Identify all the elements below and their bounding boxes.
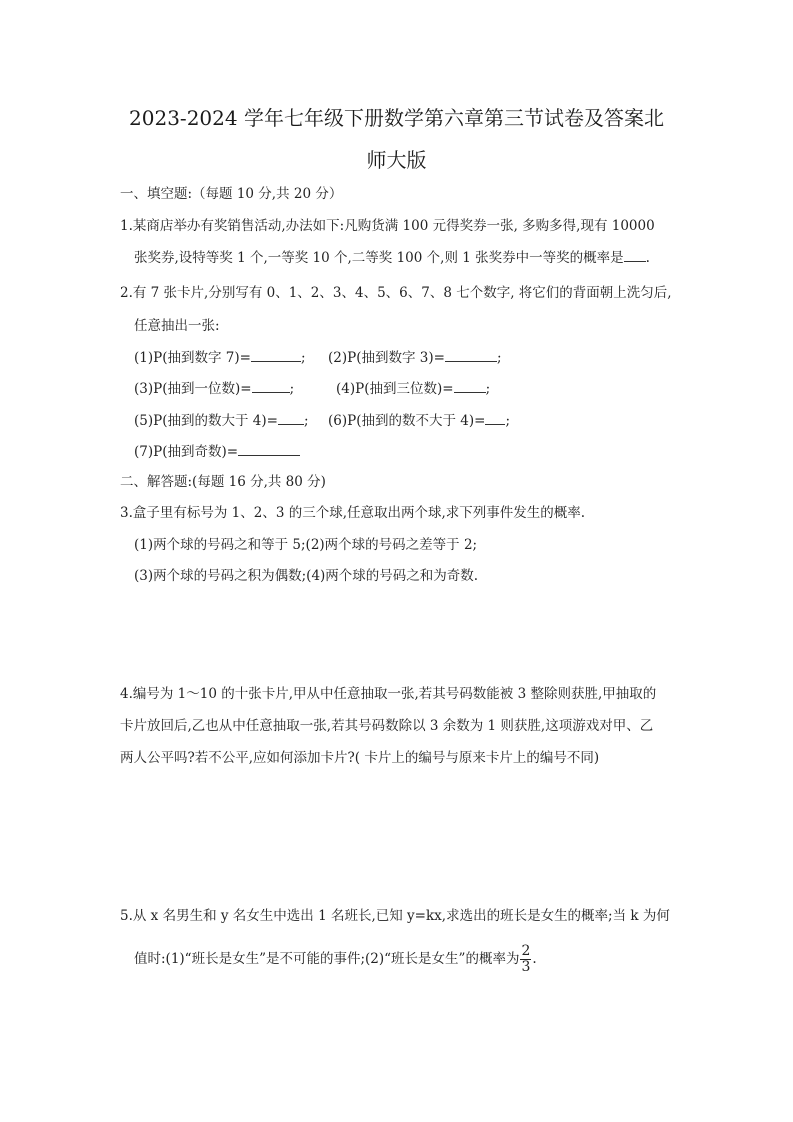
q2-item-6: (6)P(抽到的数不大于 4)=; (328, 410, 510, 431)
q4-line3: 两人公平吗?若不公平,应如何添加卡片?( 卡片上的编号与原来卡片上的编号不同) (120, 748, 599, 768)
q2-item-label: (7)P(抽到奇数)= (134, 444, 238, 460)
q2-item-end: ; (505, 413, 510, 429)
q2-line1: 2.有 7 张卡片,分别写有 0、1、2、3、4、5、6、7、8 七个数字, 将… (120, 283, 672, 303)
exam-page: 2023-2024 学年七年级下册数学第六章第三节试卷及答案北 师大版 一、填空… (0, 0, 793, 1122)
fraction-denominator: 3 (520, 960, 531, 975)
q2-item-1: (1)P(抽到数字 7)=; (134, 347, 306, 368)
q2-item-end: ; (497, 350, 502, 366)
q2-item-7: (7)P(抽到奇数)= (134, 441, 300, 462)
q2-item-end: ; (290, 381, 295, 397)
q2-item-label: (3)P(抽到一位数)= (134, 381, 252, 397)
q2-item-label: (4)P(抽到三位数)= (336, 381, 454, 397)
q5-line2: 值时:(1)“班长是女生”是不可能的事件;(2)“班长是女生”的概率为23. (134, 944, 537, 975)
fraction: 23 (520, 944, 531, 975)
section2-heading: 二、解答题:(每题 16 分,共 80 分) (120, 472, 326, 492)
q3-line1: 3.盒子里有标号为 1、2、3 的三个球,任意取出两个球,求下列事件发生的概率. (120, 503, 585, 523)
q5-line2-text: 值时:(1)“班长是女生”是不可能的事件;(2)“班长是女生”的概率为 (134, 951, 519, 967)
answer-blank[interactable] (445, 347, 497, 362)
q1-line2: 张奖券,设特等奖 1 个,一等奖 10 个,二等奖 100 个,则 1 张奖券中… (134, 247, 650, 268)
q1-line2-text: 张奖券,设特等奖 1 个,一等奖 10 个,二等奖 100 个,则 1 张奖券中… (134, 250, 624, 266)
answer-blank[interactable] (252, 378, 290, 393)
q5-line1: 5.从 x 名男生和 y 名女生中选出 1 名班长,已知 y=kx,求选出的班长… (120, 906, 670, 926)
q2-item-4: (4)P(抽到三位数)=; (336, 378, 490, 399)
document-title-line2: 师大版 (100, 140, 693, 180)
q2-item-2: (2)P(抽到数字 3)=; (328, 347, 502, 368)
q2-item-3: (3)P(抽到一位数)=; (134, 378, 294, 399)
q2-item-end: ; (301, 350, 306, 366)
answer-blank[interactable] (454, 378, 486, 393)
q4-line1: 4.编号为 1～10 的十张卡片,甲从中任意抽取一张,若其号码数能被 3 整除则… (120, 684, 656, 704)
q2-item-label: (6)P(抽到的数不大于 4)= (328, 413, 485, 429)
q2-item-5: (5)P(抽到的数大于 4)=; (134, 410, 309, 431)
q2-item-end: ; (304, 413, 309, 429)
q5-line2-end: . (532, 951, 536, 967)
q2-item-label: (1)P(抽到数字 7)= (134, 350, 251, 366)
q2-line2: 任意抽出一张: (134, 316, 220, 336)
answer-blank[interactable] (238, 441, 300, 456)
q1-line2-end: . (646, 250, 650, 266)
answer-blank[interactable] (278, 410, 304, 425)
q1-line1: 1.某商店举办有奖销售活动,办法如下:凡购货满 100 元得奖券一张, 多购多得… (120, 216, 655, 236)
q2-item-label: (2)P(抽到数字 3)= (328, 350, 445, 366)
answer-blank[interactable] (485, 410, 505, 425)
q2-item-label: (5)P(抽到的数大于 4)= (134, 413, 278, 429)
q3-line2: (1)两个球的号码之和等于 5;(2)两个球的号码之差等于 2; (134, 535, 477, 555)
answer-blank[interactable] (624, 247, 646, 262)
answer-blank[interactable] (251, 347, 301, 362)
q2-item-end: ; (486, 381, 491, 397)
section1-heading: 一、填空题:（每题 10 分,共 20 分） (120, 184, 342, 204)
q4-line2: 卡片放回后,乙也从中任意抽取一张,若其号码数除以 3 余数为 1 则获胜,这项游… (120, 716, 653, 736)
fraction-numerator: 2 (520, 944, 531, 960)
document-title-line1: 2023-2024 学年七年级下册数学第六章第三节试卷及答案北 (100, 98, 693, 138)
q3-line3: (3)两个球的号码之积为偶数;(4)两个球的号码之和为奇数. (134, 566, 478, 586)
